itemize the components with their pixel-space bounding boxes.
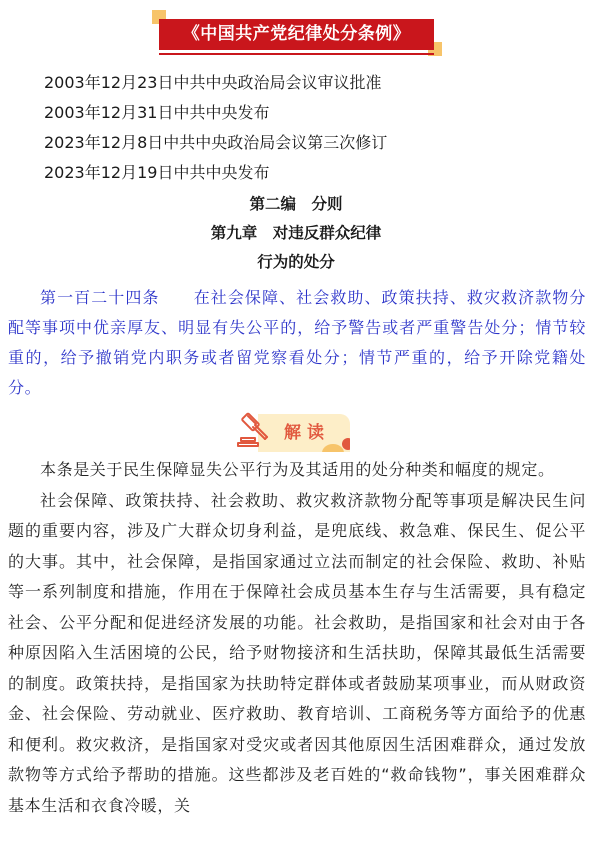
banner-underline	[159, 53, 434, 55]
publication-dates: 2003年12月23日中共中央政治局会议审议批准 2003年12月31日中共中央…	[44, 68, 387, 188]
document-title: 《中国共产党纪律处分条例》	[159, 19, 434, 50]
article-number: 第一百二十四条	[40, 288, 160, 307]
title-banner: 《中国共产党纪律处分条例》	[152, 10, 442, 56]
interpretation-body: 本条是关于民生保障显失公平行为及其适用的处分种类和幅度的规定。 社会保障、政策扶…	[8, 455, 586, 821]
date-line: 2023年12月8日中共中央政治局会议第三次修订	[44, 128, 387, 158]
badge-decoration	[342, 438, 350, 450]
badge-label: 解读	[284, 423, 330, 443]
date-line: 2003年12月31日中共中央发布	[44, 98, 387, 128]
article-text: 第一百二十四条 在社会保障、社会救助、政策扶持、救灾救济款物分配等事项中优亲厚友…	[8, 283, 586, 403]
date-line: 2023年12月19日中共中央发布	[44, 158, 387, 188]
date-line: 2003年12月23日中共中央政治局会议审议批准	[44, 68, 387, 98]
chapter-heading-continued: 行为的处分	[0, 248, 592, 277]
section-headings: 第二编 分则 第九章 对违反群众纪律 行为的处分	[0, 190, 592, 277]
interpretation-badge: 解读	[234, 410, 354, 456]
gavel-icon	[234, 410, 274, 450]
paragraph: 本条是关于民生保障显失公平行为及其适用的处分种类和幅度的规定。	[8, 455, 586, 486]
badge-decoration	[322, 444, 344, 452]
part-heading: 第二编 分则	[0, 190, 592, 219]
paragraph: 社会保障、政策扶持、社会救助、救灾救济款物分配等事项是解决民生问题的重要内容，涉…	[8, 486, 586, 822]
chapter-heading: 第九章 对违反群众纪律	[0, 219, 592, 248]
